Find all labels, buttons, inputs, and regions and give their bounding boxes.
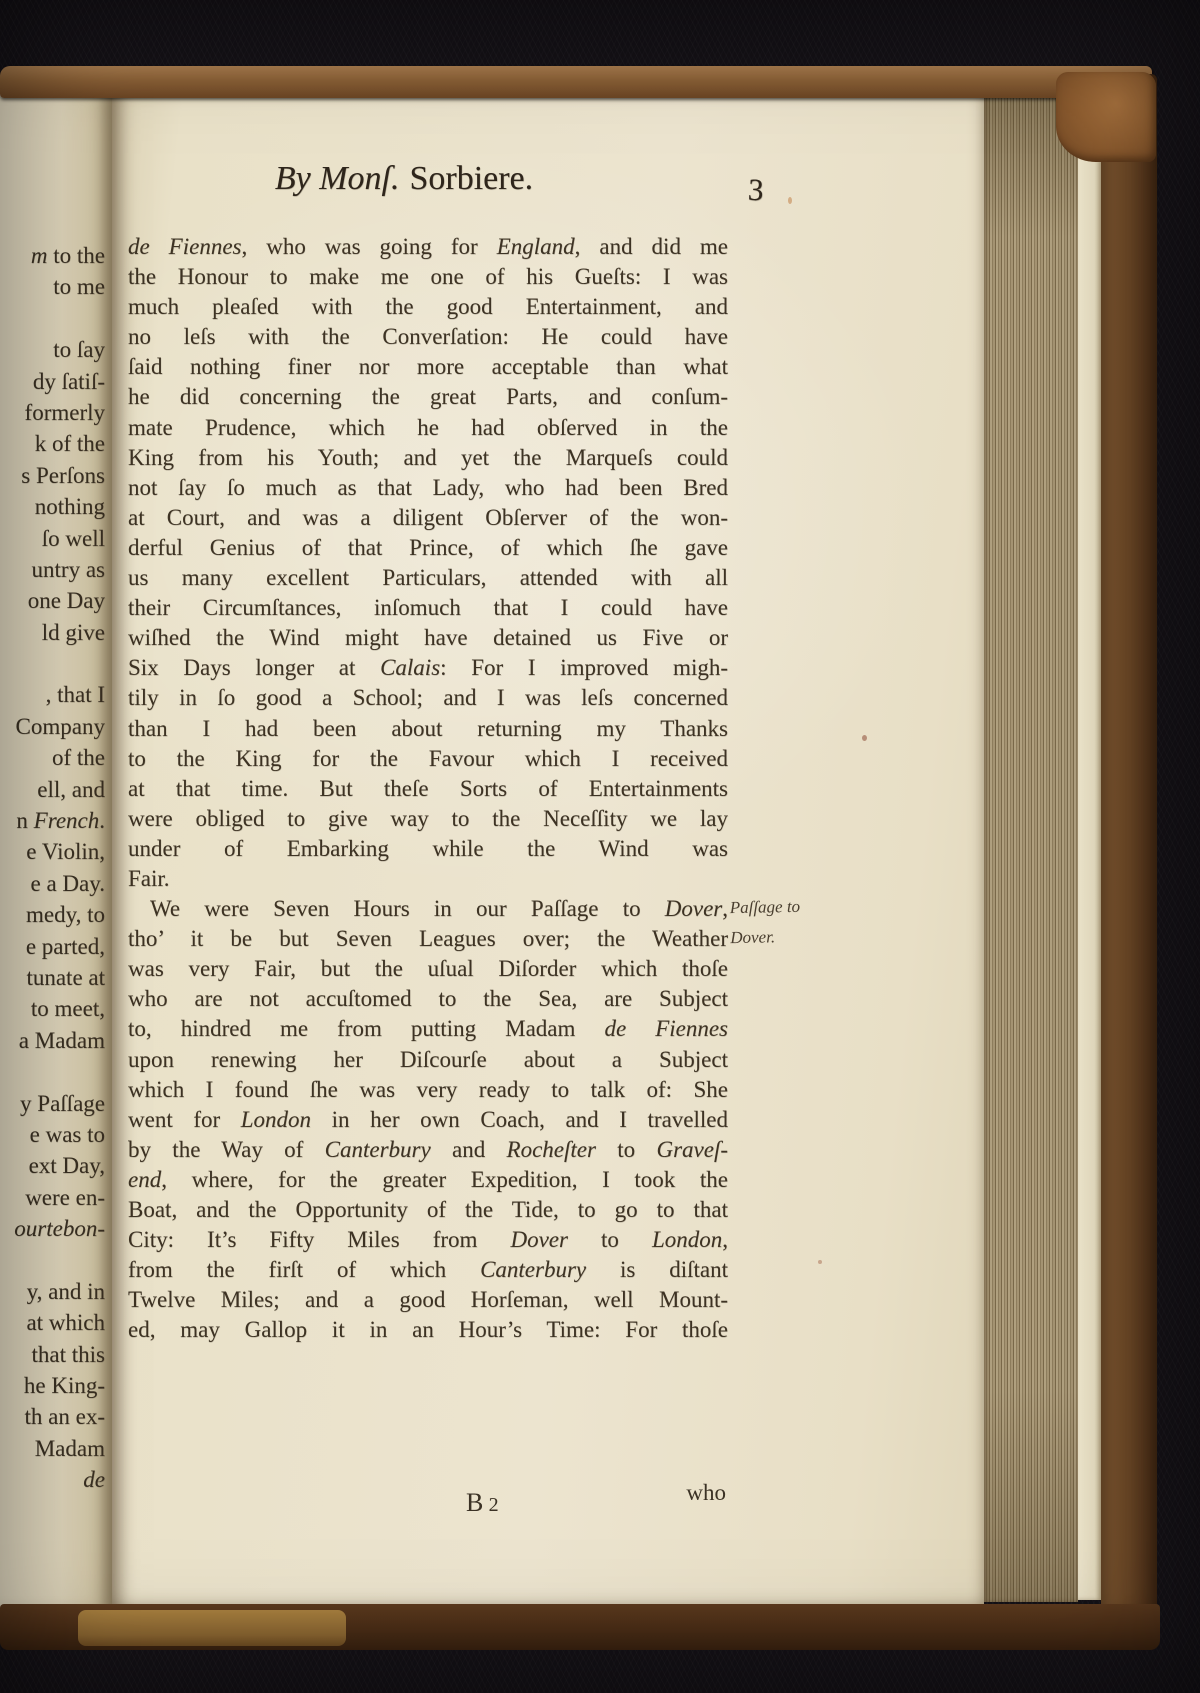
margin-note-line1: Paſſage to (729, 891, 860, 923)
body-line: was very Fair, but the uſual Diſorder wh… (128, 954, 728, 984)
fragment-line: to ſay (1, 334, 105, 365)
fragment-line: Company (1, 711, 105, 742)
body-line: went for London in her own Coach, and I … (128, 1105, 728, 1135)
fragment-line: of the (1, 742, 105, 773)
fragment-line: ourtebon- (1, 1213, 105, 1244)
body-line: us many excellent Particulars, attended … (128, 563, 728, 593)
book-cover-right-edge (1101, 74, 1157, 1634)
fragment-line: formerly (1, 397, 105, 428)
running-header-italic: By Monſ. (275, 160, 400, 197)
signature-line: B 2 who (128, 1486, 728, 1518)
fragment-line: dy ſatiſ- (1, 366, 105, 397)
body-text: de Fiennes, who was going for England, a… (128, 232, 728, 1345)
signature-mark: B 2 (466, 1488, 499, 1518)
body-line: mate Prudence, which he had obſerved in … (128, 413, 728, 443)
fragment-line: at which (1, 1307, 105, 1338)
fragment-line: that this (1, 1339, 105, 1370)
fragment-line: ell, and (1, 774, 105, 805)
body-line: tho’ it be but Seven Leagues over; the W… (128, 924, 728, 954)
catchword: who (686, 1480, 726, 1506)
running-header-roman: Sorbiere. (409, 160, 533, 197)
fragment-line: e Violin, (1, 836, 105, 867)
fragment-line: e parted, (1, 931, 105, 962)
fragment-line: ld give (1, 617, 105, 648)
body-line: ed, may Gallop it in an Hour’s Time: For… (128, 1315, 728, 1345)
fragment-line: medy, to (1, 899, 105, 930)
book-cover-top-edge (0, 66, 1152, 98)
body-line: City: It’s Fifty Miles from Dover to Lon… (128, 1225, 728, 1255)
body-line: wiſhed the Wind might have detained us F… (128, 623, 728, 653)
body-line: upon renewing her Diſcourſe about a Subj… (128, 1045, 728, 1075)
body-line: he did concerning the great Parts, and c… (128, 382, 728, 412)
body-line: at that time. But theſe Sorts of Enterta… (128, 774, 728, 804)
fragment-line: y Paſſage (1, 1088, 105, 1119)
margin-note: Paſſage to Dover. (729, 891, 860, 953)
body-line: King from his Youth; and yet the Marqueſ… (128, 443, 728, 473)
fragment-line: ext Day, (1, 1150, 105, 1181)
body-line: at Court, and was a diligent Obſerver of… (128, 503, 728, 533)
body-line: by the Way of Canterbury and Rocheſter t… (128, 1135, 728, 1165)
fragment-line: a Madam (1, 1025, 105, 1056)
page-number: 3 (747, 172, 764, 209)
fragment-line: ſo well (1, 523, 105, 554)
fragment-line: nothing (1, 491, 105, 522)
body-line: tily in ſo good a School; and I was leſs… (128, 683, 728, 713)
body-line: Fair. (128, 864, 728, 894)
fragment-line: were en- (1, 1182, 105, 1213)
body-line: to the King for the Favour which I recei… (128, 744, 728, 774)
fragment-line: he King- (1, 1370, 105, 1401)
facing-page-edge: m to theto meto ſaydy ſatiſ-formerlyk of… (0, 94, 112, 1608)
fragment-line (1, 648, 105, 679)
body-line: end, where, for the greater Expedition, … (128, 1165, 728, 1195)
fragment-line: , that I (1, 679, 105, 710)
fragment-line: one Day (1, 585, 105, 616)
book-cover-bottom-corner (78, 1610, 346, 1646)
fragment-line: k of the (1, 428, 105, 459)
fragment-line: n French. (1, 805, 105, 836)
body-line: Six Days longer at Calais: For I improve… (128, 653, 728, 683)
fragment-line: to me (1, 271, 105, 302)
body-line: Boat, and the Opportunity of the Tide, t… (128, 1195, 728, 1225)
fragment-line (1, 1056, 105, 1087)
facing-page-text-fragments: m to theto meto ſaydy ſatiſ-formerlyk of… (1, 240, 105, 1496)
fragment-line: tunate at (1, 962, 105, 993)
book-photograph: m to theto meto ſaydy ſatiſ-formerlyk of… (0, 0, 1200, 1693)
fragment-line (1, 303, 105, 334)
page-fore-edge-stack (984, 86, 1078, 1602)
body-line: We were Seven Hours in our Paſſage to Do… (128, 894, 728, 924)
fragment-line: s Perſons (1, 460, 105, 491)
foxing-speck (818, 1260, 822, 1264)
fragment-line: Madam (1, 1433, 105, 1464)
fragment-line: to meet, (1, 993, 105, 1024)
book-page: By Monſ.Sorbiere. 3 de Fiennes, who was … (112, 92, 984, 1608)
body-line: under of Embarking while the Wind was (128, 834, 728, 864)
body-line: to, hindred me from putting Madam de Fie… (128, 1014, 728, 1044)
body-line: not ſay ſo much as that Lady, who had be… (128, 473, 728, 503)
body-line: who are not accuſtomed to the Sea, are S… (128, 984, 728, 1014)
body-line: from the firſt of which Canterbury is di… (128, 1255, 728, 1285)
fragment-line: th an ex- (1, 1401, 105, 1432)
fragment-line: untry as (1, 554, 105, 585)
body-line: their Circumſtances, inſomuch that I cou… (128, 593, 728, 623)
book-cover-corner (1056, 72, 1156, 162)
margin-note-line2: Dover. (730, 921, 861, 953)
fragment-line: de (1, 1464, 105, 1495)
body-line: much pleaſed with the good Entertainment… (128, 292, 728, 322)
body-line: ſaid nothing finer nor more acceptable t… (128, 352, 728, 382)
body-line: Twelve Miles; and a good Horſeman, well … (128, 1285, 728, 1315)
body-line: the Honour to make me one of his Gueſts:… (128, 262, 728, 292)
fragment-line: y, and in (1, 1276, 105, 1307)
foxing-speck (788, 197, 792, 204)
body-line: than I had been about returning my Thank… (128, 714, 728, 744)
body-line: were obliged to give way to the Neceſſit… (128, 804, 728, 834)
fragment-line: m to the (1, 240, 105, 271)
running-header: By Monſ.Sorbiere. (112, 160, 696, 198)
body-line: de Fiennes, who was going for England, a… (128, 232, 728, 262)
fragment-line (1, 1245, 105, 1276)
foxing-speck (862, 735, 867, 741)
fragment-line: e a Day. (1, 868, 105, 899)
body-line: derful Genius of that Prince, of which ſ… (128, 533, 728, 563)
fragment-line: e was to (1, 1119, 105, 1150)
flyleaf-edge (1078, 92, 1102, 1600)
body-line: which I found ſhe was very ready to talk… (128, 1075, 728, 1105)
body-line: no leſs with the Converſation: He could … (128, 322, 728, 352)
